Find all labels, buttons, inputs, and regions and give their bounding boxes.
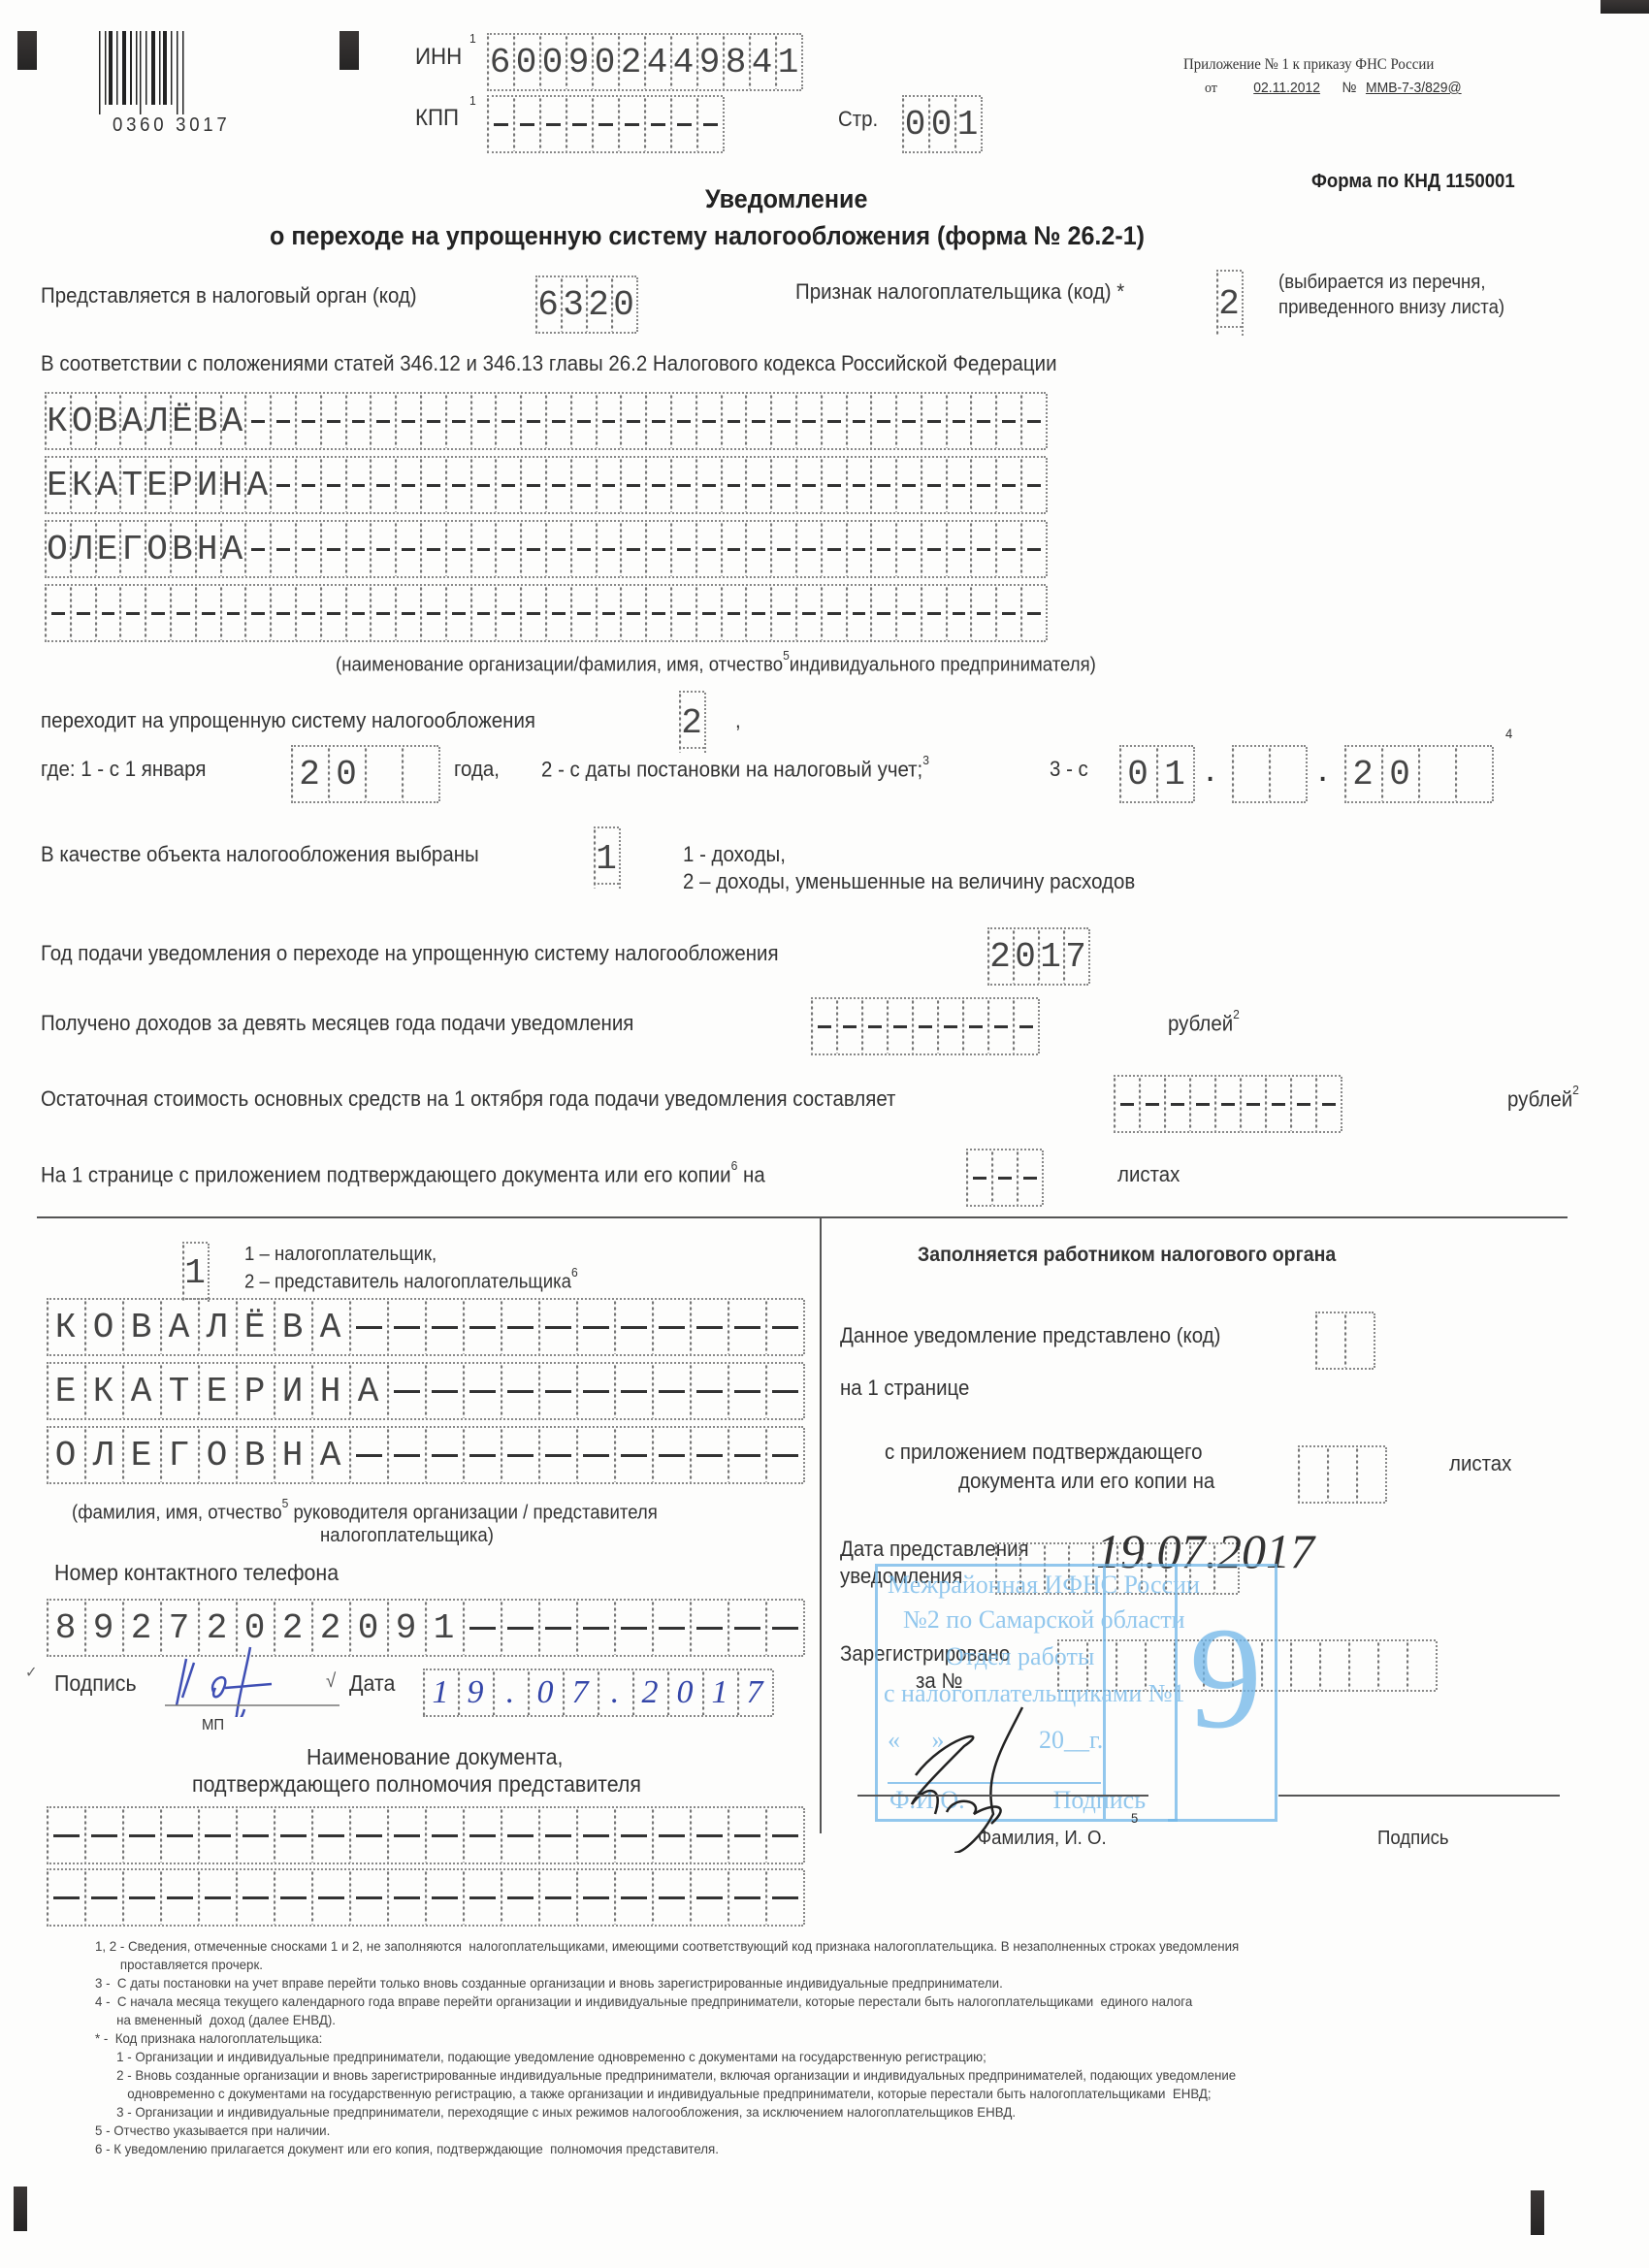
input-cell: В [236,1428,274,1482]
input-cell [520,394,545,448]
where-label: где: 1 - с 1 января [41,757,206,782]
input-cell [727,1808,765,1863]
input-cell: Н [220,458,245,512]
doc-label: Наименование документа, [307,1744,563,1770]
input-cell: Е [122,1428,160,1482]
input-cell [652,1428,690,1482]
authority-section-title: Заполняется работником налогового органа [918,1244,1336,1267]
input-cell [645,586,670,640]
input-cell [320,394,345,448]
signer-type-option1: 1 – налогоплательщик, [244,1244,436,1266]
input-cell [614,1870,652,1925]
input-cell [270,586,295,640]
footnote-line: 3 - Организации и индивидуальные предпри… [95,2104,1016,2120]
year-filed-field[interactable]: 2017 [987,927,1088,986]
footnote-line: 5 - Отчество указывается при наличии. [95,2122,330,2138]
input-cell [570,458,596,512]
input-cell: А [311,1300,349,1354]
input-cell [1406,1641,1436,1690]
input-cell [370,458,395,512]
input-cell [652,1300,690,1354]
alignment-marker [14,2187,27,2231]
input-cell [236,1808,274,1863]
input-cell [1114,1077,1139,1131]
comma: , [735,708,741,733]
phone-field[interactable]: 89272022091 [47,1599,803,1657]
residual-unit-text: рублей [1507,1086,1572,1111]
input-cell [311,1870,349,1925]
input-cell: 9 [387,1601,425,1655]
input-cell [727,1870,765,1925]
footnote-ref: 5 [282,1496,289,1510]
input-cell: 8 [47,1601,84,1655]
input-cell [727,1300,765,1354]
check-mark: √ [326,1670,336,1693]
footnote-ref: 5 [1131,1810,1138,1826]
input-cell [220,586,245,640]
input-cell [576,1364,614,1418]
input-cell: 2 [1344,747,1381,801]
input-cell [145,586,170,640]
taxpayer-sign-note: (выбирается из перечня, [1278,272,1486,294]
input-cell [846,586,871,640]
input-cell [387,1300,425,1354]
input-cell [1232,747,1269,801]
taxpayer-signature[interactable] [165,1639,339,1717]
input-cell: 1 [425,1601,463,1655]
footnote-line: проставляется прочерк. [95,1957,263,1972]
appendix-from: от [1205,81,1217,96]
name-row[interactable] [45,584,1046,642]
input-cell [765,1300,803,1354]
authority-attach-field[interactable] [1298,1445,1385,1504]
signer-type-option2: 2 – представитель налогоплательщика6 [244,1269,578,1294]
law-reference: В соответствии с положениями статей 346.… [41,351,1056,376]
input-cell [770,522,795,576]
input-cell [946,586,971,640]
footnote-line: на вмененный доход (далее ЕНВД). [95,2012,336,2027]
input-cell [765,1808,803,1863]
input-cell [970,458,995,512]
authority-doc-field[interactable] [47,1868,803,1927]
input-cell [501,1300,538,1354]
year-filed-label: Год подачи уведомления о переходе на упр… [41,941,779,966]
input-cell: . [598,1670,632,1715]
input-cell [1290,1077,1315,1131]
input-cell [596,586,621,640]
fio-line [857,1795,1148,1797]
fio-label: Фамилия, И. О. [978,1828,1107,1850]
input-cell: Л [198,1300,236,1354]
input-cell [1017,1150,1042,1205]
submitted-code-field[interactable] [1315,1312,1374,1370]
input-cell [895,586,921,640]
footnote-line: 3 - С даты постановки на учет вправе пер… [95,1975,1003,1991]
input-cell: В [274,1300,311,1354]
name-row[interactable]: ОЛЕГОВНА [45,520,1046,578]
footnote-ref: 4 [1505,726,1512,741]
input-cell [387,1870,425,1925]
taxpayer-sign-field[interactable]: 2 [1216,270,1242,328]
footnote-ref: 2 [1233,1007,1240,1021]
input-cell [349,1428,387,1482]
input-cell [538,1364,576,1418]
inn-field[interactable]: 600902449841 [487,33,801,91]
income-unit: рублей2 [1168,1011,1240,1036]
input-cell: О [45,522,70,576]
input-cell [727,1364,765,1418]
footnote-line: 1, 2 - Сведения, отмеченные сносками 1 и… [95,1938,1239,1954]
input-cell [721,586,746,640]
input-cell [620,586,645,640]
input-cell [770,586,795,640]
input-cell [821,522,846,576]
signature-label: Подпись [54,1670,137,1697]
input-cell [170,586,195,640]
barcode [97,31,194,114]
input-cell [1020,394,1046,448]
income-field[interactable] [811,997,1038,1055]
taxpayer-sign-note: приведенного внизу листа) [1278,297,1504,319]
input-cell [70,586,95,640]
input-cell [311,1808,349,1863]
signature-line [1278,1795,1560,1797]
phone-label: Номер контактного телефона [54,1560,339,1586]
input-cell: Е [198,1364,236,1418]
input-cell: 2 [987,929,1013,984]
input-cell: 1 [1156,747,1193,801]
input-cell [445,522,470,576]
footnote-line: 1 - Организации и индивидуальные предпри… [95,2049,986,2064]
transition-label: переходит на упрощенную систему налогооб… [41,708,535,733]
input-cell [345,394,371,448]
input-cell [538,1808,576,1863]
input-cell: 0 [539,35,566,89]
input-cell [487,97,513,151]
input-cell [795,586,821,640]
alignment-marker [1531,2190,1544,2235]
name-caption-text: (наименование организации/фамилия, имя, … [336,655,783,676]
input-cell: 1 [182,1244,208,1302]
input-cell [821,394,846,448]
input-cell: 6 [487,35,513,89]
input-cell [570,394,596,448]
input-cell [995,586,1020,640]
input-cell [695,586,721,640]
input-cell: В [95,394,120,448]
signer-caption: (фамилия, имя, отчество5 руководителя ор… [72,1500,658,1525]
attachments-unit: листах [1117,1162,1180,1187]
input-cell [195,586,220,640]
attach-label: документа или его копии на [958,1469,1214,1494]
signer-name-row[interactable]: ЕКАТЕРИНА [47,1362,803,1420]
input-cell [244,522,270,576]
input-cell: Р [170,458,195,512]
input-cell: 0 [611,277,636,332]
input-cell: А [244,458,270,512]
transition-type-field[interactable]: 2 [679,691,704,749]
input-cell: Ё [236,1300,274,1354]
stamp-number-box: 9 [1168,1564,1277,1822]
taxpayer-sign-label: Признак налогоплательщика (код) * [795,279,1124,305]
form-code: Форма по КНД 1150001 [1311,171,1515,193]
input-cell [545,586,570,640]
signer-name-row[interactable]: КОВАЛЁВА [47,1298,803,1356]
input-cell: Т [160,1364,198,1418]
input-cell [470,394,496,448]
input-cell [495,394,520,448]
input-cell [445,586,470,640]
input-cell: А [95,458,120,512]
input-cell: 9 [696,35,723,89]
input-cell [576,1300,614,1354]
input-cell [614,1808,652,1863]
stamp-line: Отдел работы [946,1642,1094,1671]
input-cell [236,1870,274,1925]
input-cell [1214,1077,1240,1131]
input-cell [295,522,320,576]
column-divider [820,1216,822,1833]
input-cell [1269,747,1306,801]
input-cell: 9 [566,35,592,89]
input-cell [538,1428,576,1482]
page-number-field[interactable]: 001 [902,95,981,153]
date-year-field[interactable]: 20 [1344,745,1492,803]
input-cell [84,1808,122,1863]
footnote-ref: 6 [571,1265,578,1280]
input-cell [387,1808,425,1863]
input-cell [912,999,937,1053]
input-cell [470,458,496,512]
input-cell: 0 [928,97,954,151]
inn-sup: 1 [469,31,476,46]
input-cell [345,522,371,576]
attachments-text-end: на [743,1162,765,1186]
input-cell [495,586,520,640]
input-cell [463,1428,501,1482]
input-cell: А [311,1428,349,1482]
input-cell [1344,1313,1374,1368]
date-month-field[interactable] [1232,745,1306,803]
jan-year-field[interactable]: 20 [291,745,438,803]
input-cell: 2 [679,693,704,753]
input-cell [463,1808,501,1863]
object-option1: 1 - доходы, [683,842,786,867]
appendix-ref: от 02.11.2012 № ММВ-7-3/829@ [1205,80,1462,97]
input-cell [47,1870,84,1925]
input-cell [966,1150,991,1205]
input-cell [745,522,770,576]
tax-authority-label: Представляется в налоговый орган (код) [41,283,417,308]
input-cell [895,458,921,512]
page-label: Стр. [838,107,878,132]
input-cell [365,747,402,801]
input-cell [274,1870,311,1925]
input-cell: Г [119,522,145,576]
input-cell [320,586,345,640]
footnote-line: 2 - Вновь созданные организации и вновь … [95,2067,1236,2083]
signer-type-field[interactable]: 1 [182,1242,208,1300]
signer-name-row[interactable]: ОЛЕГОВНА [47,1426,803,1484]
input-cell: 0 [902,97,928,151]
input-cell [501,1428,538,1482]
footnote-ref: 6 [731,1158,738,1173]
input-cell [463,1601,501,1655]
input-cell [425,1870,463,1925]
input-cell: Р [236,1364,274,1418]
input-cell: Л [70,522,95,576]
check-mark: ✓ [25,1663,37,1682]
input-cell [962,999,987,1053]
input-cell [614,1300,652,1354]
input-cell: 7 [1063,929,1088,984]
attachment-sheets-field[interactable] [966,1149,1042,1207]
object-option2: 2 – доходы, уменьшенные на величину расх… [683,869,1135,894]
input-cell [501,1870,538,1925]
input-cell: Е [47,1364,84,1418]
input-cell [652,1870,690,1925]
input-cell [870,458,895,512]
input-cell [690,1364,727,1418]
input-cell: Н [311,1364,349,1418]
sign-label: Подпись [1377,1828,1449,1850]
input-cell: 1 [954,97,981,151]
input-cell: О [84,1300,122,1354]
input-cell [520,586,545,640]
year-suffix: года, [454,757,500,782]
input-cell [1164,1077,1189,1131]
input-cell [1139,1077,1164,1131]
input-cell [987,999,1013,1053]
income-label: Получено доходов за девять месяцев года … [41,1011,633,1036]
input-cell [349,1808,387,1863]
input-cell [1455,747,1492,801]
footnote-ref: 5 [783,648,790,663]
input-cell [670,394,695,448]
input-cell [620,522,645,576]
input-cell [1327,1447,1356,1502]
input-cell: 2 [632,1670,667,1715]
input-cell [721,522,746,576]
input-cell [887,999,912,1053]
signer-caption-end: руководителя организации / представителя [288,1503,658,1524]
section-divider [37,1216,1568,1218]
input-cell [119,586,145,640]
input-cell [614,1364,652,1418]
input-cell [592,97,618,151]
submitted-label: Данное уведомление представлено (код) [840,1323,1220,1348]
input-cell [821,586,846,640]
input-cell: 0 [528,1670,563,1715]
signer-type-option2-text: 2 – представитель налогоплательщика [244,1272,571,1293]
input-cell [620,394,645,448]
attachments-text: На 1 странице с приложением подтверждающ… [41,1162,731,1186]
input-cell: 1 [1038,929,1063,984]
input-cell [645,522,670,576]
input-cell [445,394,470,448]
input-cell [690,1428,727,1482]
input-cell [425,1300,463,1354]
input-cell [463,1300,501,1354]
input-cell [770,458,795,512]
input-cell [670,458,695,512]
date-day-field[interactable]: 01 [1119,745,1193,803]
input-cell [345,458,371,512]
input-cell [425,1364,463,1418]
authority-doc-field[interactable] [47,1806,803,1864]
input-cell: Е [145,458,170,512]
input-cell [765,1428,803,1482]
input-cell [846,458,871,512]
input-cell [270,522,295,576]
input-cell [463,1870,501,1925]
input-cell: В [122,1300,160,1354]
input-cell [445,458,470,512]
tax-object-field[interactable]: 1 [594,826,619,885]
name-row[interactable]: КОВАЛЁВА [45,392,1046,450]
signature-date-field[interactable]: 19.07.2017 [423,1669,772,1717]
name-row[interactable]: ЕКАТЕРИНА [45,456,1046,514]
date-label: Дата [349,1670,395,1697]
input-cell [695,458,721,512]
residual-value-field[interactable] [1114,1075,1341,1133]
input-cell [545,458,570,512]
input-cell [895,394,921,448]
input-cell [244,394,270,448]
option2-label: 2 - с даты постановки на налоговый учет;… [541,757,929,782]
input-cell [570,586,596,640]
input-cell: А [160,1300,198,1354]
input-cell [1290,1641,1319,1690]
kpp-field[interactable] [487,95,723,153]
input-cell [870,522,895,576]
input-cell: 4 [670,35,696,89]
input-cell [576,1601,614,1655]
doc-label: подтверждающего полномочия представителя [192,1771,641,1798]
input-cell: А [220,522,245,576]
appendix-number: ММВ-7-3/829@ [1366,80,1462,96]
name-caption: (наименование организации/фамилия, имя, … [336,652,1096,677]
input-cell [370,586,395,640]
input-cell: 2 [122,1601,160,1655]
input-cell [921,458,946,512]
input-cell [652,1601,690,1655]
input-cell [836,999,861,1053]
input-cell [395,394,420,448]
input-cell: 4 [749,35,775,89]
input-cell [670,522,695,576]
input-cell [470,586,496,640]
input-cell [566,97,592,151]
input-cell [576,1808,614,1863]
date-separator: . [1319,757,1326,788]
input-cell [198,1870,236,1925]
option2-text: 2 - с даты постановки на налоговый учет; [541,757,922,781]
input-cell: Л [84,1428,122,1482]
input-cell [1013,999,1038,1053]
input-cell [1348,1641,1377,1690]
input-cell [727,1428,765,1482]
input-cell [870,394,895,448]
input-cell [670,97,696,151]
input-cell: О [70,394,95,448]
input-cell [545,522,570,576]
tax-authority-code-field[interactable]: 6320 [535,275,636,334]
input-cell [539,97,566,151]
input-cell [745,458,770,512]
input-cell [846,394,871,448]
input-cell [690,1870,727,1925]
